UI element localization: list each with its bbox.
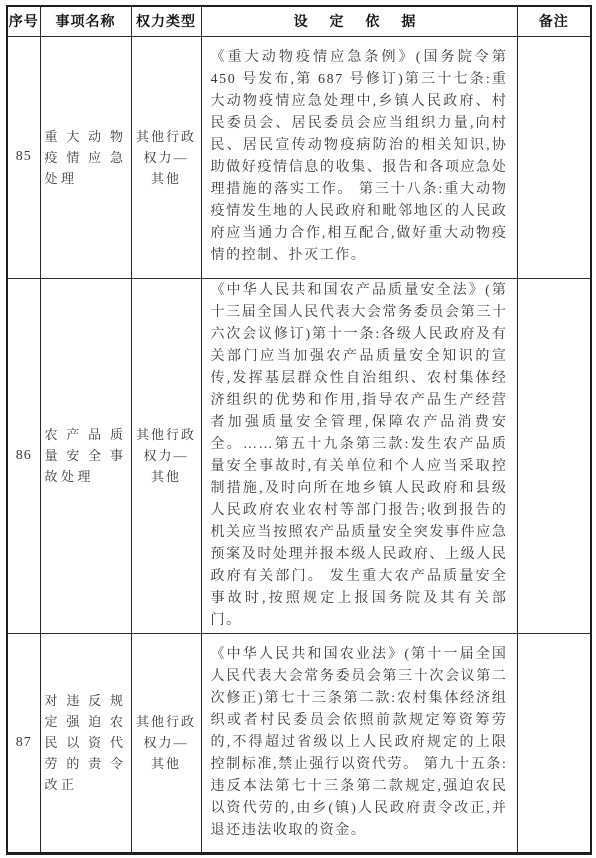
note-cell xyxy=(517,633,591,853)
col-header-power-type: 权力类型 xyxy=(131,6,201,36)
power-type-cell: 其他行政 权力— 其他 xyxy=(131,278,201,633)
power-type-line: 权力— xyxy=(134,147,199,168)
basis-cell: 《中华人民共和国农产品质量安全法》(第十三届全国人民代表大会常务委员会第三十六次… xyxy=(201,278,517,633)
note-cell xyxy=(517,278,591,633)
basis-text: 《重大动物疫情应急条例》(国务院令第 450 号发布,第 687 号修订)第三十… xyxy=(211,47,508,267)
item-name-cell: 农产品质量安全事故处理 xyxy=(40,278,131,633)
serial-number-cell: 86 xyxy=(7,278,40,633)
table-row: 87 对违反规定强迫农民以资代劳的责令改正 其他行政 权力— 其他 《中华人民共… xyxy=(7,633,591,853)
power-type-line: 其他行政 xyxy=(134,711,199,732)
col-header-item-name: 事项名称 xyxy=(40,6,131,36)
power-list-table: 序号 事项名称 权力类型 设 定 依 据 备注 85 重大动物疫情应急处理 其他… xyxy=(6,5,592,855)
item-name-cell: 重大动物疫情应急处理 xyxy=(40,36,131,278)
basis-text: 《中华人民共和国农产品质量安全法》(第十三届全国人民代表大会常务委员会第三十六次… xyxy=(211,280,508,632)
power-type-line: 其他行政 xyxy=(134,126,199,147)
table-header-row: 序号 事项名称 权力类型 设 定 依 据 备注 xyxy=(7,6,591,36)
power-type-line: 权力— xyxy=(134,732,199,753)
document-page: 序号 事项名称 权力类型 设 定 依 据 备注 85 重大动物疫情应急处理 其他… xyxy=(0,0,596,858)
item-name-text: 农产品质量安全事故处理 xyxy=(45,424,127,487)
power-type-line: 其他 xyxy=(134,168,199,189)
table-row: 86 农产品质量安全事故处理 其他行政 权力— 其他 《中华人民共和国农产品质量… xyxy=(7,278,591,633)
power-type-line: 其他 xyxy=(134,753,199,774)
item-name-text: 对违反规定强迫农民以资代劳的责令改正 xyxy=(45,690,127,795)
item-name-text: 重大动物疫情应急处理 xyxy=(45,126,127,189)
basis-cell: 《中华人民共和国农业法》(第十一届全国人民代表大会常务委员会第三十次会议第二次修… xyxy=(201,633,517,853)
basis-text: 《中华人民共和国农业法》(第十一届全国人民代表大会常务委员会第三十次会议第二次修… xyxy=(211,644,508,842)
serial-number-cell: 87 xyxy=(7,633,40,853)
note-cell xyxy=(517,36,591,278)
col-header-note: 备注 xyxy=(517,6,591,36)
power-type-cell: 其他行政 权力— 其他 xyxy=(131,633,201,853)
power-type-line: 权力— xyxy=(134,445,199,466)
table-row: 85 重大动物疫情应急处理 其他行政 权力— 其他 《重大动物疫情应急条例》(国… xyxy=(7,36,591,278)
power-type-cell: 其他行政 权力— 其他 xyxy=(131,36,201,278)
power-type-line: 其他行政 xyxy=(134,424,199,445)
serial-number-cell: 85 xyxy=(7,36,40,278)
item-name-cell: 对违反规定强迫农民以资代劳的责令改正 xyxy=(40,633,131,853)
basis-cell: 《重大动物疫情应急条例》(国务院令第 450 号发布,第 687 号修订)第三十… xyxy=(201,36,517,278)
col-header-serial: 序号 xyxy=(7,6,40,36)
power-type-line: 其他 xyxy=(134,466,199,487)
col-header-basis: 设 定 依 据 xyxy=(201,6,517,36)
